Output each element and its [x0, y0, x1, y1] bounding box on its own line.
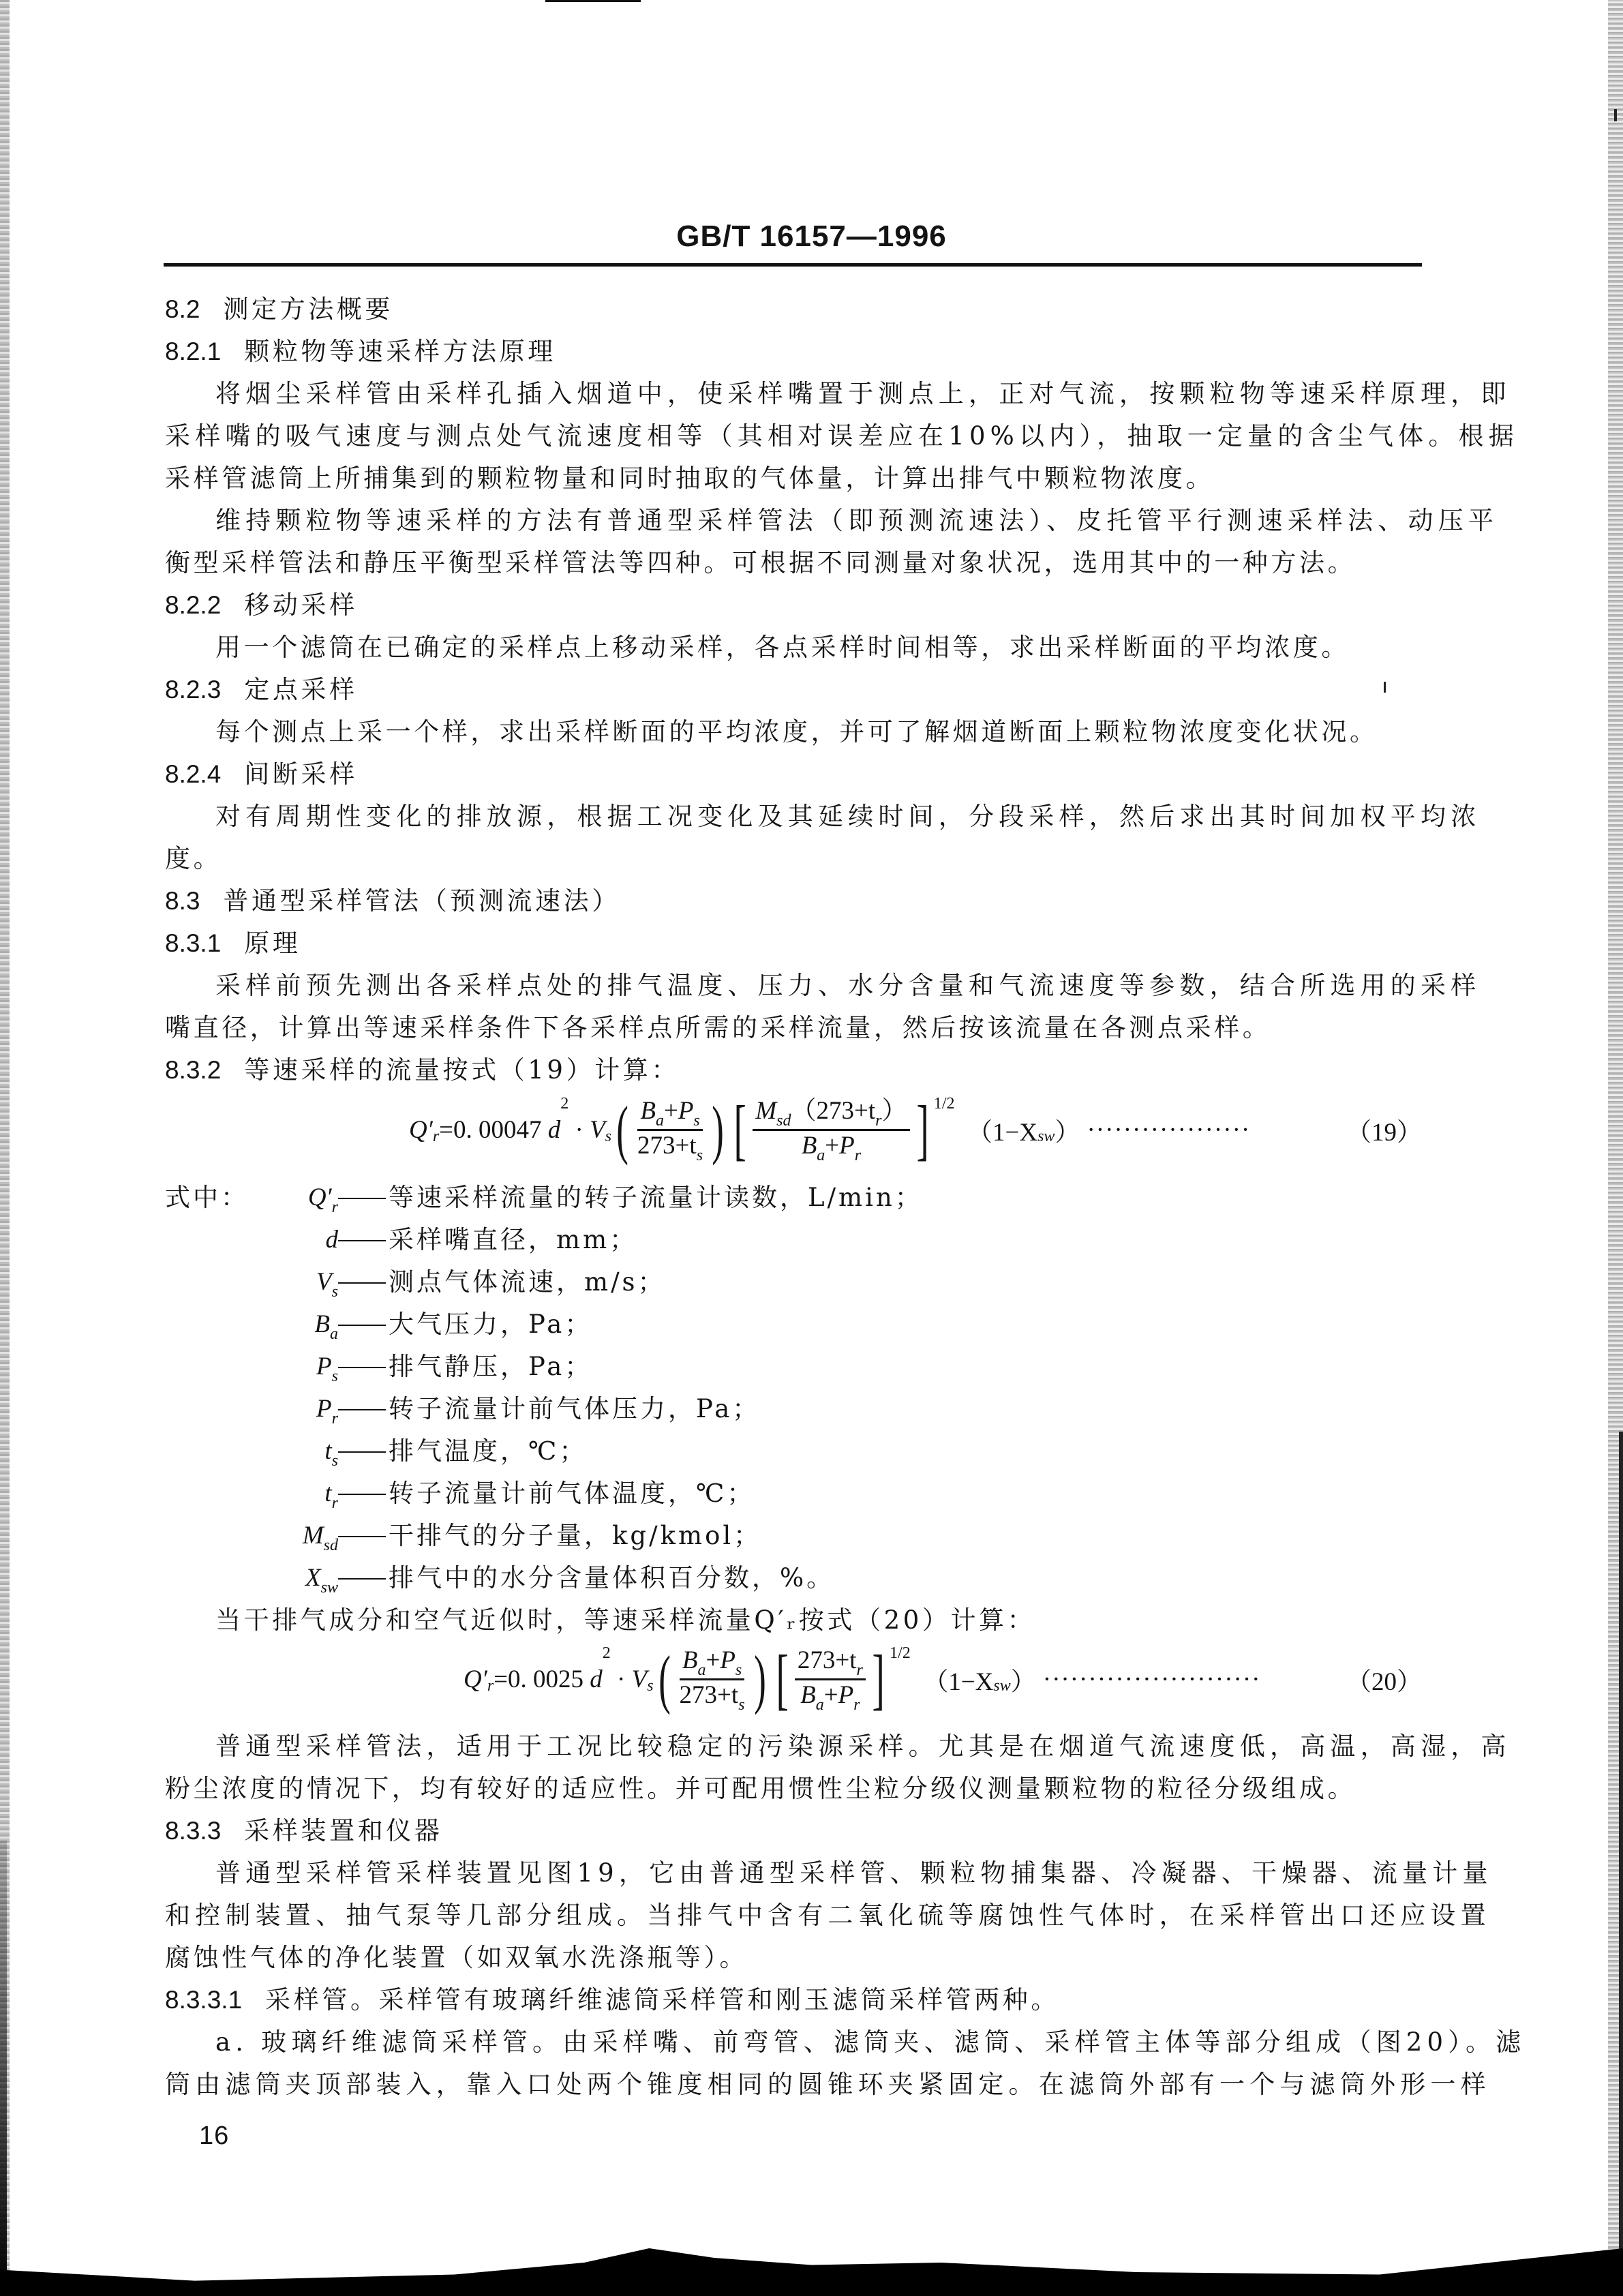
equation-number: （19） [1346, 1111, 1422, 1148]
heading-8-3-1: 8.3.1原理 [165, 928, 301, 958]
formula-operator: · [617, 1665, 625, 1694]
denominator: Ba+Pr [799, 1131, 864, 1164]
header-rule [164, 263, 1422, 267]
paragraph-line: 度。 [165, 844, 222, 874]
formula-subscript: s [738, 1696, 744, 1714]
scan-shadow-right [1619, 1432, 1623, 2296]
formula-subscript: s [693, 1112, 699, 1130]
formula-subscript: s [735, 1661, 742, 1679]
definition-text: 干排气的分子量，kg/kmol； [389, 1521, 761, 1551]
section-number: 8.3.1 [165, 928, 221, 958]
definition-text: 排气静压，Pa； [389, 1352, 592, 1382]
paragraph-line: 粉尘浓度的情况下，均有较好的适应性。并可配用惯性尘粒分级仪测量颗粒物的粒径分级组… [165, 1774, 1356, 1804]
em-dash [338, 1409, 386, 1410]
scan-speck [1614, 109, 1617, 121]
formula-subscript: a [656, 1112, 664, 1130]
em-dash [338, 1367, 386, 1368]
formula-symbol: B [800, 1681, 816, 1709]
equation-number: （20） [1346, 1661, 1422, 1697]
section-title: 移动采样 [244, 590, 357, 620]
right-bracket: ] [916, 1096, 928, 1164]
formula-subscript: s [605, 1128, 611, 1146]
leader-dots: ························ [1043, 1665, 1261, 1694]
fraction: 273+tr Ba+Pr [795, 1646, 866, 1713]
paragraph-line: 腐蚀性气体的净化装置（如双氧水洗涤瓶等）。 [165, 1943, 748, 1973]
formula-symbol: P [720, 1646, 735, 1674]
formula-operator: + [664, 1097, 678, 1125]
heading-8-3-3-1: 8.3.3.1采样管。采样管有玻璃纤维滤筒采样管和刚玉滤筒采样管两种。 [165, 1985, 1059, 2015]
formula-subscript: r [433, 1128, 439, 1146]
formula-term: 273+t [680, 1681, 739, 1709]
paragraph-line: 和控制装置、抽气泵等几部分组成。当排气中含有二氧化硫等腐蚀性气体时，在采样管出口… [165, 1901, 1491, 1931]
section-number: 8.2.2 [165, 590, 221, 620]
formula-subscript: r [487, 1677, 494, 1695]
paragraph-line: 用一个滤筒在已确定的采样点上移动采样，各点采样时间相等，求出采样断面的平均浓度。 [215, 633, 1350, 663]
paragraph-line: 采样管滤筒上所捕集到的颗粒物量和同时抽取的气体量，计算出排气中颗粒物浓度。 [165, 464, 1214, 494]
left-bracket: [ [734, 1096, 746, 1164]
scan-shadow-left [0, 1841, 7, 2296]
formula-operator: · [575, 1115, 583, 1145]
paragraph-line: 筒由滤筒夹顶部装入，靠入口处两个锥度相同的圆锥环夹紧固定。在滤筒外部有一个与滤筒… [165, 2070, 1491, 2100]
formula-symbol: P [838, 1681, 854, 1709]
standard-code-header: GB/T 16157—1996 [0, 220, 1623, 254]
numerator: Ba+Ps [680, 1646, 744, 1680]
top-scan-mark [545, 0, 641, 2]
section-title: 原理 [244, 928, 301, 958]
definition-symbol: Vs [316, 1267, 338, 1300]
definition-text: 排气温度，℃； [389, 1436, 587, 1466]
formula-term: 273+t [798, 1646, 857, 1674]
formula-subscript: r [875, 1112, 881, 1130]
heading-8-3: 8.3普通型采样管法（预测流速法） [165, 886, 620, 916]
formula-subscript: r [856, 1661, 862, 1679]
definitions-intro: 式中： [165, 1183, 249, 1213]
right-paren: ) [754, 1646, 766, 1712]
formula-subscript: s [697, 1147, 703, 1164]
definition-text: 等速采样流量的转子流量计读数，L/min； [389, 1183, 923, 1213]
formula-subscript: r [855, 1147, 861, 1164]
definition-text: 转子流量计前气体压力，Pa； [389, 1394, 760, 1424]
definition-symbol: tr [324, 1479, 338, 1511]
paragraph-line: 每个测点上采一个样，求出采样断面的平均浓度，并可了解烟道断面上颗粒物浓度变化状况… [215, 717, 1378, 747]
page-number: 16 [199, 2121, 229, 2151]
formula-subscript: a [697, 1661, 706, 1679]
formula-symbol: B [802, 1132, 817, 1160]
formula-symbol: B [682, 1646, 698, 1674]
definition-symbol: d [326, 1225, 339, 1258]
fraction: Msd（273+tr） Ba+Pr [753, 1096, 909, 1164]
paragraph-line: 采样嘴的吸气速度与测点处气流速度相等（其相对误差应在10%以内），抽取一定量的含… [165, 421, 1519, 451]
definition-symbol: Msd [303, 1521, 338, 1554]
list-item-a: a. 玻璃纤维滤筒采样管。由采样嘴、前弯管、滤筒夹、滤筒、采样管主体等部分组成（… [215, 2027, 1526, 2057]
formula-subscript: sd [776, 1112, 791, 1130]
formula-20-intro: 当干排气成分和空气近似时，等速采样流量Q′ᵣ按式（20）计算： [215, 1605, 1035, 1635]
paragraph-line: 对有周期性变化的排放源，根据工况变化及其延续时间，分段采样，然后求出其时间加权平… [215, 802, 1481, 832]
formula-operator: + [825, 1132, 839, 1160]
em-dash [338, 1536, 386, 1537]
em-dash [338, 1282, 386, 1284]
em-dash [338, 1451, 386, 1453]
section-number: 8.3.2 [165, 1055, 221, 1085]
numerator: Ba+Ps [637, 1096, 702, 1131]
paragraph-line: 将烟尘采样管由采样孔插入烟道中，使采样嘴置于测点上，正对气流，按颗粒物等速采样原… [215, 379, 1511, 409]
definition-symbol: Ps [316, 1352, 338, 1385]
paragraph-line: 衡型采样管法和静压平衡型采样管法等四种。可根据不同测量对象状况，选用其中的一种方… [165, 548, 1356, 578]
formula-symbol: P [839, 1132, 855, 1160]
formula-symbol: V [632, 1665, 648, 1694]
section-title: 颗粒物等速采样方法原理 [244, 337, 556, 366]
formula-exponent: 1/2 [934, 1095, 955, 1113]
definition-symbol: Q′r [308, 1183, 338, 1215]
heading-8-2-3: 8.2.3定点采样 [165, 675, 358, 705]
formula-subscript: a [817, 1147, 825, 1164]
formula-symbol: Q′ [464, 1665, 487, 1694]
definition-text: 测点气体流速，m/s； [389, 1267, 666, 1297]
definition-text: 采样嘴直径，mm； [389, 1225, 637, 1255]
em-dash [338, 1578, 386, 1580]
em-dash [338, 1494, 386, 1495]
fraction: Ba+Ps 273+ts [677, 1646, 748, 1713]
formula-exponent: 2 [603, 1644, 611, 1663]
formula-term: （1−X [967, 1111, 1037, 1148]
formula-subscript: sw [993, 1677, 1010, 1695]
numerator: 273+tr [795, 1646, 866, 1680]
right-paren: ) [712, 1097, 724, 1162]
section-number: 8.2.3 [165, 675, 221, 705]
left-paren: ( [616, 1097, 628, 1162]
formula-subscript: r [853, 1696, 860, 1714]
denominator: 273+ts [635, 1131, 706, 1164]
paragraph-line: 普通型采样管法，适用于工况比较稳定的污染源采样。尤其是在烟道气流速度低，高温，高… [215, 1732, 1511, 1762]
formula-subscript: sw [1037, 1128, 1055, 1146]
heading-8-2-4: 8.2.4间断采样 [165, 759, 358, 789]
formula-operator: + [706, 1646, 720, 1674]
denominator: 273+ts [677, 1680, 748, 1713]
em-dash [338, 1198, 386, 1199]
formula-term: 273+t [637, 1132, 697, 1160]
definition-text: 大气压力，Pa； [389, 1310, 592, 1340]
definition-symbol: Ba [314, 1310, 338, 1342]
heading-8-3-2: 8.3.2等速采样的流量按式（19）计算： [165, 1055, 680, 1085]
section-title: 采样装置和仪器 [244, 1816, 442, 1845]
left-bracket: [ [776, 1645, 788, 1713]
formula-symbol: V [590, 1115, 605, 1145]
fraction: Ba+Ps 273+ts [635, 1096, 706, 1164]
formula-19: Q′r =0. 00047 d2 · Vs ( Ba+Ps 273+ts ) [… [409, 1085, 1422, 1174]
formula-symbol: P [678, 1097, 694, 1125]
em-dash [338, 1240, 386, 1241]
definition-text: 转子流量计前气体温度，℃； [389, 1479, 755, 1509]
definition-symbol: Xsw [305, 1563, 338, 1596]
formula-term: （1−X [923, 1661, 993, 1697]
formula-coefficient: =0. 00047 [439, 1115, 541, 1145]
formula-term: ） [882, 1097, 907, 1125]
formula-coefficient: =0. 0025 [494, 1665, 583, 1694]
em-dash [338, 1325, 386, 1326]
section-title: 等速采样的流量按式（19）计算： [244, 1055, 680, 1085]
leader-dots: ·················· [1087, 1115, 1250, 1145]
scan-shadow-bottom [0, 2248, 1623, 2296]
section-title: 间断采样 [244, 759, 357, 789]
scan-speck [1384, 682, 1386, 693]
paragraph-line: 维持颗粒物等速采样的方法有普通型采样管法（即预测流速法）、皮托管平行测速采样法、… [215, 506, 1498, 536]
section-number: 8.3 [165, 886, 200, 916]
formula-symbol: d [548, 1115, 561, 1145]
formula-term: ） [1055, 1111, 1080, 1148]
left-paren: ( [658, 1646, 671, 1712]
section-number: 8.3.3 [165, 1816, 221, 1846]
formula-symbol: d [590, 1665, 603, 1694]
formula-20: Q′r =0. 0025 d2 · Vs ( Ba+Ps 273+ts ) [ … [464, 1635, 1422, 1723]
denominator: Ba+Pr [798, 1680, 862, 1713]
definition-symbol: Pr [316, 1394, 338, 1427]
section-number: 8.3.3.1 [165, 1985, 242, 2015]
section-number: 8.2.4 [165, 759, 221, 789]
paragraph-line: 采样前预先测出各采样点处的排气温度、压力、水分含量和气流速度等参数，结合所选用的… [215, 971, 1481, 1001]
definition-text: 排气中的水分含量体积百分数，%。 [389, 1563, 834, 1593]
paragraph-line: 普通型采样管采样装置见图19，它由普通型采样管、颗粒物捕集器、冷凝器、干燥器、流… [215, 1858, 1493, 1888]
formula-symbol: M [755, 1097, 776, 1125]
formula-symbol: Q′ [409, 1115, 433, 1145]
formula-exponent: 2 [560, 1095, 568, 1113]
formula-symbol: B [640, 1097, 656, 1125]
heading-8-3-3: 8.3.3采样装置和仪器 [165, 1816, 443, 1846]
section-title: 测定方法概要 [223, 294, 393, 324]
right-bracket: ] [872, 1645, 884, 1713]
formula-operator: + [824, 1681, 838, 1709]
section-number: 8.2.1 [165, 337, 221, 367]
formula-term: （273+t [791, 1097, 876, 1125]
formula-term: ） [1011, 1661, 1036, 1697]
heading-8-2-1: 8.2.1颗粒物等速采样方法原理 [165, 337, 556, 367]
formula-exponent: 1/2 [890, 1644, 911, 1663]
formula-subscript: s [647, 1677, 653, 1695]
numerator: Msd（273+tr） [753, 1096, 909, 1131]
heading-8-2-2: 8.2.2移动采样 [165, 590, 358, 620]
section-number: 8.2 [165, 294, 200, 324]
section-title: 定点采样 [244, 675, 357, 704]
heading-8-2: 8.2测定方法概要 [165, 294, 393, 324]
formula-subscript: a [816, 1696, 824, 1714]
section-title: 普通型采样管法（预测流速法） [223, 886, 620, 916]
paragraph-line: 嘴直径，计算出等速采样条件下各采样点所需的采样流量，然后按该流量在各测点采样。 [165, 1013, 1271, 1043]
definition-symbol: ts [324, 1436, 338, 1469]
section-title: 采样管。采样管有玻璃纤维滤筒采样管和刚玉滤筒采样管两种。 [265, 1985, 1059, 2014]
